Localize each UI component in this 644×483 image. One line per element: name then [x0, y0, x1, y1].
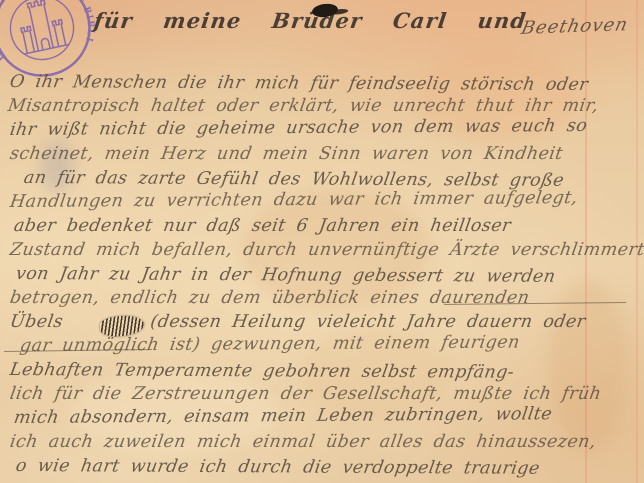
- manuscript-line: o wie hart wurde ich durch die verdoppel…: [14, 454, 639, 481]
- castle-tower-icon: [13, 0, 69, 54]
- heading-signature-name: Beethoven: [520, 14, 631, 39]
- manuscript-line: ihr wißt nicht die geheime ursache von d…: [8, 114, 640, 142]
- manuscript-line: scheinet, mein Herz und mein Sinn waren …: [8, 142, 640, 166]
- manuscript-line: Handlungen zu verrichten dazu war ich im…: [8, 186, 640, 214]
- manuscript-line: ich auch zuweilen mich einmal über alles…: [8, 430, 640, 454]
- letter-body: O ihr Menschen die ihr mich für feindsee…: [10, 70, 638, 478]
- manuscript-line: mich absondern, einsam mein Leben zubrin…: [12, 402, 640, 430]
- manuscript-line: aber bedenket nur daß seit 6 Jahren ein …: [12, 214, 640, 238]
- manuscript-line: betrogen, endlich zu dem überblick eines…: [8, 286, 640, 310]
- manuscript-line: Zustand mich befallen, durch unvernünfti…: [8, 238, 640, 262]
- stamp-inner-ring: [5, 0, 80, 65]
- manuscript-page: HAMBURGENSIS PUBL. ✦ BIBLIOTHECA für mei…: [0, 0, 644, 483]
- heading-dedication: für meine Brüder Carl und: [92, 8, 528, 33]
